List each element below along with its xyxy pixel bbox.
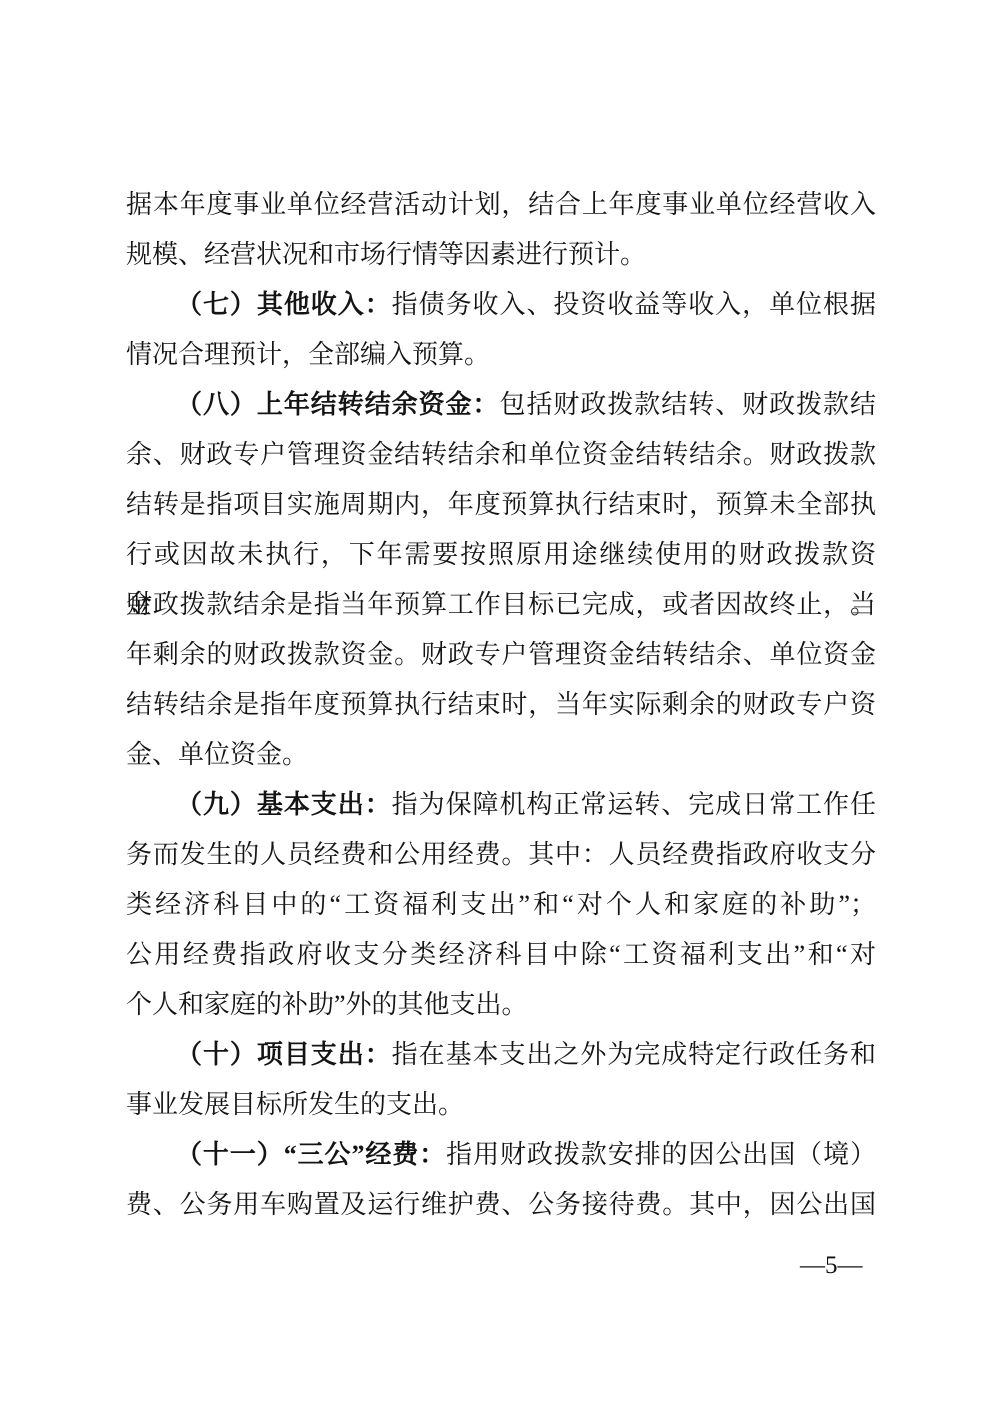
text-line: （九）基本支出：指为保障机构正常运转、完成日常工作任 — [126, 780, 876, 830]
text-line: 金、单位资金。 — [126, 730, 876, 780]
section-head: （十一）“三公”经费： — [176, 1140, 446, 1169]
line-text: 费、公务用车购置及运行维护费、公务接待费。其中，因公出国 — [126, 1190, 876, 1219]
text-line: （八）上年结转结余资金：包括财政拨款结转、财政拨款结 — [126, 380, 876, 430]
text-line: 费、公务用车购置及运行维护费、公务接待费。其中，因公出国 — [126, 1180, 876, 1230]
text-line: 情况合理预计，全部编入预算。 — [126, 330, 876, 380]
line-text: 指用财政拨款安排的因公出国（境） — [446, 1140, 876, 1169]
line-text: 包括财政拨款结转、财政拨款结 — [500, 390, 876, 419]
section-head: （十）项目支出： — [176, 1040, 392, 1069]
line-text: 公用经费指政府收支分类经济科目中除“工资福利支出”和“对 — [126, 940, 876, 969]
text-line: 行或因故未执行，下年需要按照原用途继续使用的财政拨款资金。 — [126, 530, 876, 580]
line-text: 结转是指项目实施周期内，年度预算执行结束时，预算未全部执 — [126, 490, 876, 519]
text-block: 据本年度事业单位经营活动计划，结合上年度事业单位经营收入 规模、经营状况和市场行… — [126, 180, 876, 1230]
line-text: 据本年度事业单位经营活动计划，结合上年度事业单位经营收入 — [126, 190, 876, 219]
document-page: 据本年度事业单位经营活动计划，结合上年度事业单位经营收入 规模、经营状况和市场行… — [0, 0, 992, 1403]
text-line: 据本年度事业单位经营活动计划，结合上年度事业单位经营收入 — [126, 180, 876, 230]
text-line: 财政拨款结余是指当年预算工作目标已完成，或者因故终止，当 — [126, 580, 876, 630]
line-text: 余、财政专户管理资金结转结余和单位资金结转结余。财政拨款 — [126, 440, 876, 469]
text-line: 事业发展目标所发生的支出。 — [126, 1080, 876, 1130]
line-text: 指债务收入、投资收益等收入，单位根据 — [392, 290, 876, 319]
page-number: —5— — [800, 1241, 863, 1291]
text-line: 结转是指项目实施周期内，年度预算执行结束时，预算未全部执 — [126, 480, 876, 530]
text-line: （七）其他收入：指债务收入、投资收益等收入，单位根据 — [126, 280, 876, 330]
line-text: 务而发生的人员经费和公用经费。其中：人员经费指政府收支分 — [126, 840, 876, 869]
line-text: 年剩余的财政拨款资金。财政专户管理资金结转结余、单位资金 — [126, 640, 876, 669]
section-head: （七）其他收入： — [176, 290, 392, 319]
section-head: （八）上年结转结余资金： — [176, 390, 500, 419]
line-text: 财政拨款结余是指当年预算工作目标已完成，或者因故终止，当 — [126, 590, 876, 619]
text-line: （十）项目支出：指在基本支出之外为完成特定行政任务和 — [126, 1030, 876, 1080]
text-line: （十一）“三公”经费：指用财政拨款安排的因公出国（境） — [126, 1130, 876, 1180]
text-line: 余、财政专户管理资金结转结余和单位资金结转结余。财政拨款 — [126, 430, 876, 480]
line-text: 类经济科目中的“工资福利支出”和“对个人和家庭的补助”； — [126, 890, 876, 919]
line-text: 规模、经营状况和市场行情等因素进行预计。 — [126, 240, 646, 269]
line-text: 指为保障机构正常运转、完成日常工作任 — [392, 790, 876, 819]
line-text: 指在基本支出之外为完成特定行政任务和 — [392, 1040, 876, 1069]
text-line: 个人和家庭的补助”外的其他支出。 — [126, 980, 876, 1030]
text-line: 结转结余是指年度预算执行结束时，当年实际剩余的财政专户资 — [126, 680, 876, 730]
text-line: 规模、经营状况和市场行情等因素进行预计。 — [126, 230, 876, 280]
text-line: 公用经费指政府收支分类经济科目中除“工资福利支出”和“对 — [126, 930, 876, 980]
line-text: 金、单位资金。 — [126, 740, 308, 769]
line-text: 结转结余是指年度预算执行结束时，当年实际剩余的财政专户资 — [126, 690, 876, 719]
text-line: 务而发生的人员经费和公用经费。其中：人员经费指政府收支分 — [126, 830, 876, 880]
text-line: 类经济科目中的“工资福利支出”和“对个人和家庭的补助”； — [126, 880, 876, 930]
line-text: 事业发展目标所发生的支出。 — [126, 1090, 464, 1119]
line-text: 情况合理预计，全部编入预算。 — [126, 340, 490, 369]
text-line: 年剩余的财政拨款资金。财政专户管理资金结转结余、单位资金 — [126, 630, 876, 680]
section-head: （九）基本支出： — [176, 790, 392, 819]
line-text: 个人和家庭的补助”外的其他支出。 — [126, 990, 528, 1019]
